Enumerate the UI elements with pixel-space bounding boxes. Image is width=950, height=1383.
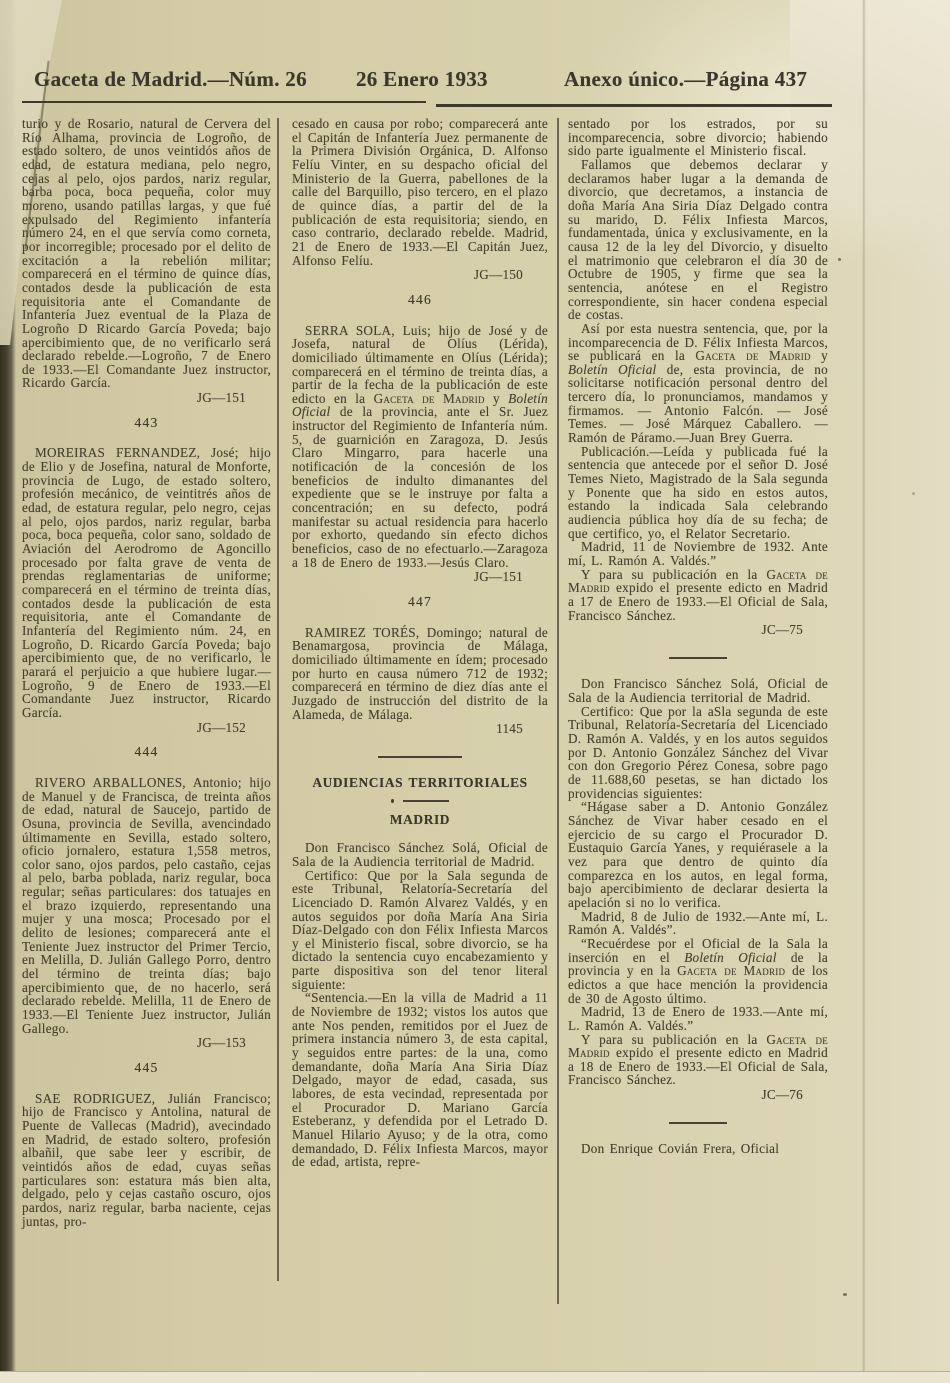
column-2: cesado en causa por robo; comparecerá an… [292, 117, 548, 1169]
paragraph: SAE RODRIGUEZ, Julián Francisco; hijo de… [22, 1092, 271, 1229]
paragraph: Y para su publicación en la Gaceta de Ma… [568, 568, 828, 623]
gazette-title: Gaceta de Madrid.—Núm. 26 [34, 67, 307, 92]
section-heading: AUDIENCIAS TERRITORIALES [292, 776, 548, 790]
reference-code: JG—153 [22, 1036, 271, 1050]
paragraph: “Recuérdese por el Oficial de la Sala la… [568, 937, 828, 1005]
paragraph-continuation: turio y de Rosario, natural de Cervera d… [22, 117, 271, 390]
column-divider [557, 118, 559, 1304]
separator-dot [391, 799, 395, 803]
article-number: 443 [22, 416, 271, 430]
paragraph: SERRA SOLA, Luis; hijo de José y de Jose… [292, 324, 548, 570]
reference-code: JG—151 [22, 391, 271, 405]
paragraph: Madrid, 11 de Noviembre de 1932. Ante mí… [568, 540, 828, 567]
page-bottom-edge [0, 1371, 950, 1383]
paragraph: Así por esta nuestra sentencia, que, por… [568, 322, 828, 445]
separator-dot-rule [292, 799, 548, 803]
gazette-page: Gaceta de Madrid.—Núm. 26 26 Enero 1933 … [0, 0, 950, 1383]
article-number: 444 [22, 745, 271, 759]
article-number: 447 [292, 595, 548, 609]
paragraph: Certifico: Que por la aSla segunda de es… [568, 705, 828, 801]
paragraph: “Hágase saber a D. Antonio González Sánc… [568, 800, 828, 909]
paragraph: MOREIRAS FERNANDEZ, José; hijo de Elio y… [22, 446, 271, 719]
paragraph: Madrid, 13 de Enero de 1933.—Ante mí, L.… [568, 1005, 828, 1032]
separator-rule [669, 657, 727, 660]
reference-code: JC—76 [568, 1088, 828, 1102]
reference-code: JG—151 [292, 570, 548, 584]
column-1: turio y de Rosario, natural de Cervera d… [22, 117, 271, 1228]
column-divider [277, 118, 279, 1281]
reference-code: JG—152 [22, 721, 271, 735]
ink-speck [843, 1293, 847, 1296]
paragraph: Don Francisco Sánchez Solá, Oficial de S… [292, 841, 548, 868]
ink-speck [912, 492, 915, 495]
paragraph: Certifico: Que por la Sala segunda de es… [292, 869, 548, 992]
reference-code: JG—150 [292, 268, 548, 282]
separator-rule [378, 756, 462, 759]
paragraph: Don Enrique Covián Frera, Oficial [568, 1142, 828, 1156]
paragraph-continuation: cesado en causa por robo; comparecerá an… [292, 117, 548, 267]
article-number: 446 [292, 293, 548, 307]
header-rule [22, 101, 426, 103]
paragraph: Publicación.—Leída y publicada fué la se… [568, 445, 828, 541]
paragraph: Madrid, 8 de Julio de 1932.—Ante mí, L. … [568, 910, 828, 937]
separator-rule [669, 1122, 727, 1125]
reference-code: 1145 [292, 722, 548, 736]
paragraph: “Sentencia.—En la villa de Madrid a 11 d… [292, 991, 548, 1169]
article-number: 445 [22, 1061, 271, 1075]
ink-speck [838, 258, 841, 261]
paragraph: Y para su publicación en la Gaceta de Ma… [568, 1033, 828, 1088]
issue-date: 26 Enero 1933 [356, 67, 488, 92]
header-rule [436, 104, 832, 107]
section-heading: MADRID [292, 813, 548, 827]
paragraph: Don Francisco Sánchez Solá, Oficial de S… [568, 677, 828, 704]
paragraph: Fallamos que debemos declarar y declaram… [568, 158, 828, 322]
paragraph-continuation: sentado por los estrados, por su incompa… [568, 117, 828, 158]
page-number: Anexo único.—Página 437 [564, 67, 807, 92]
vertical-crease [862, 0, 866, 1383]
paragraph: RAMIREZ TORÉS, Domingo; natural de Benam… [292, 626, 548, 722]
paragraph: RIVERO ARBALLONES, Antonio; hijo de Manu… [22, 776, 271, 1035]
column-3: sentado por los estrados, por su incompa… [568, 117, 828, 1156]
separator-dash [403, 800, 449, 803]
reference-code: JC—75 [568, 623, 828, 637]
